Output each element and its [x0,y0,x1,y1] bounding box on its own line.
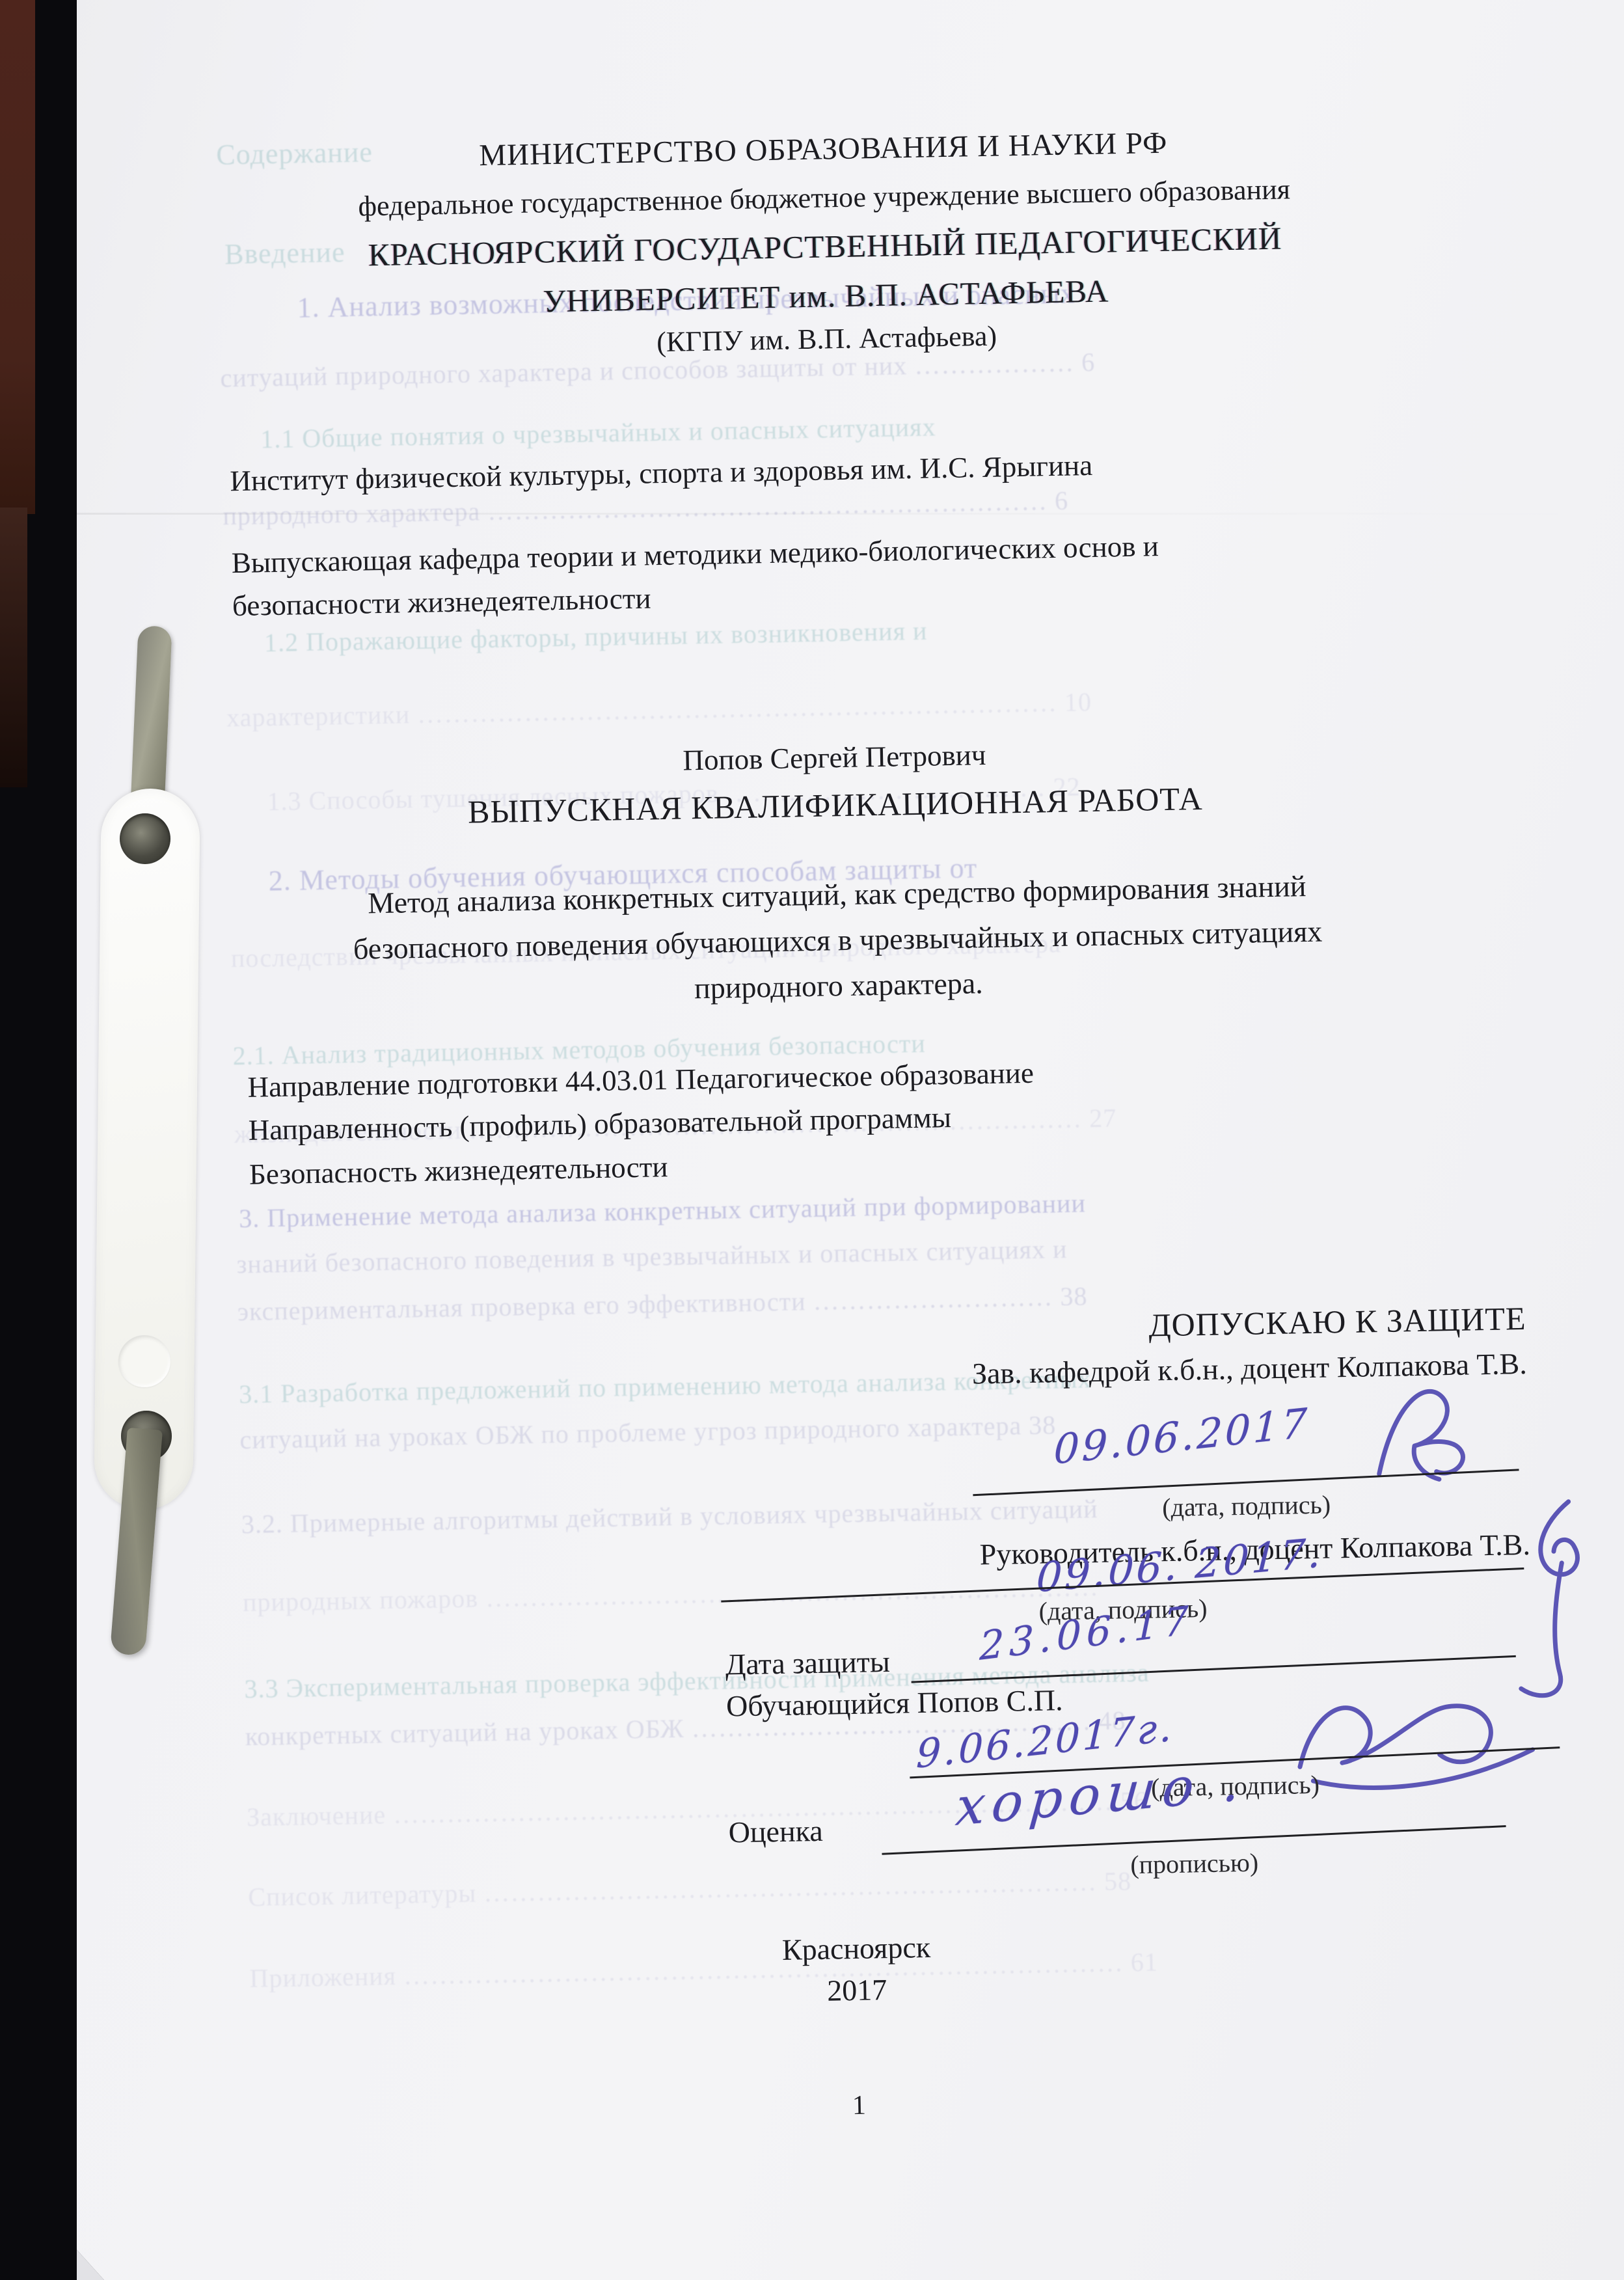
binder-hole-top [120,813,170,864]
ghost-toc-line: ситуаций на уроках ОБЖ по проблеме угроз… [239,1409,1057,1455]
profile-label-line: Направленность (профиль) образовательной… [248,1100,951,1147]
department-line2: безопасности жизнедеятельности [232,581,651,623]
student-line: Обучающийся Попов С.П. [726,1683,1063,1723]
folder-cover-edge [0,0,35,514]
grade-label: Оценка [728,1813,823,1850]
binder-emboss-circle [118,1335,170,1387]
binder-plastic-strip [94,788,200,1510]
page-number: 1 [101,2076,1617,2136]
ghost-toc-line: характеристики ……………………………………………………………… … [226,686,1092,733]
head-of-dept-signature [1358,1361,1484,1500]
profile-value-line: Безопасность жизнедеятельности [249,1150,668,1191]
ghost-toc-line: знаний безопасного поведения в чрезвычай… [236,1234,1068,1279]
folder-cover-edge-lower [0,508,27,787]
ghost-toc-line: 3. Применение метода анализа конкретных … [239,1187,1086,1234]
department-line1: Выпускающая кафедра теории и методики ме… [231,529,1159,580]
head-date-handwriting: 09.06.2017 [1053,1398,1310,1473]
defense-date-label: Дата защиты [725,1644,890,1682]
ghost-toc-line: 3.2. Примерные алгоритмы действий в усло… [241,1493,1098,1540]
ghost-toc-line: 1.1 Общие понятия о чрезвычайных и опасн… [260,411,936,454]
page-content: Содержание Введение 1. Анализ возможных … [38,0,1624,2280]
ghost-toc-line: 1.2 Поражающие факторы, причины их возни… [264,616,928,658]
